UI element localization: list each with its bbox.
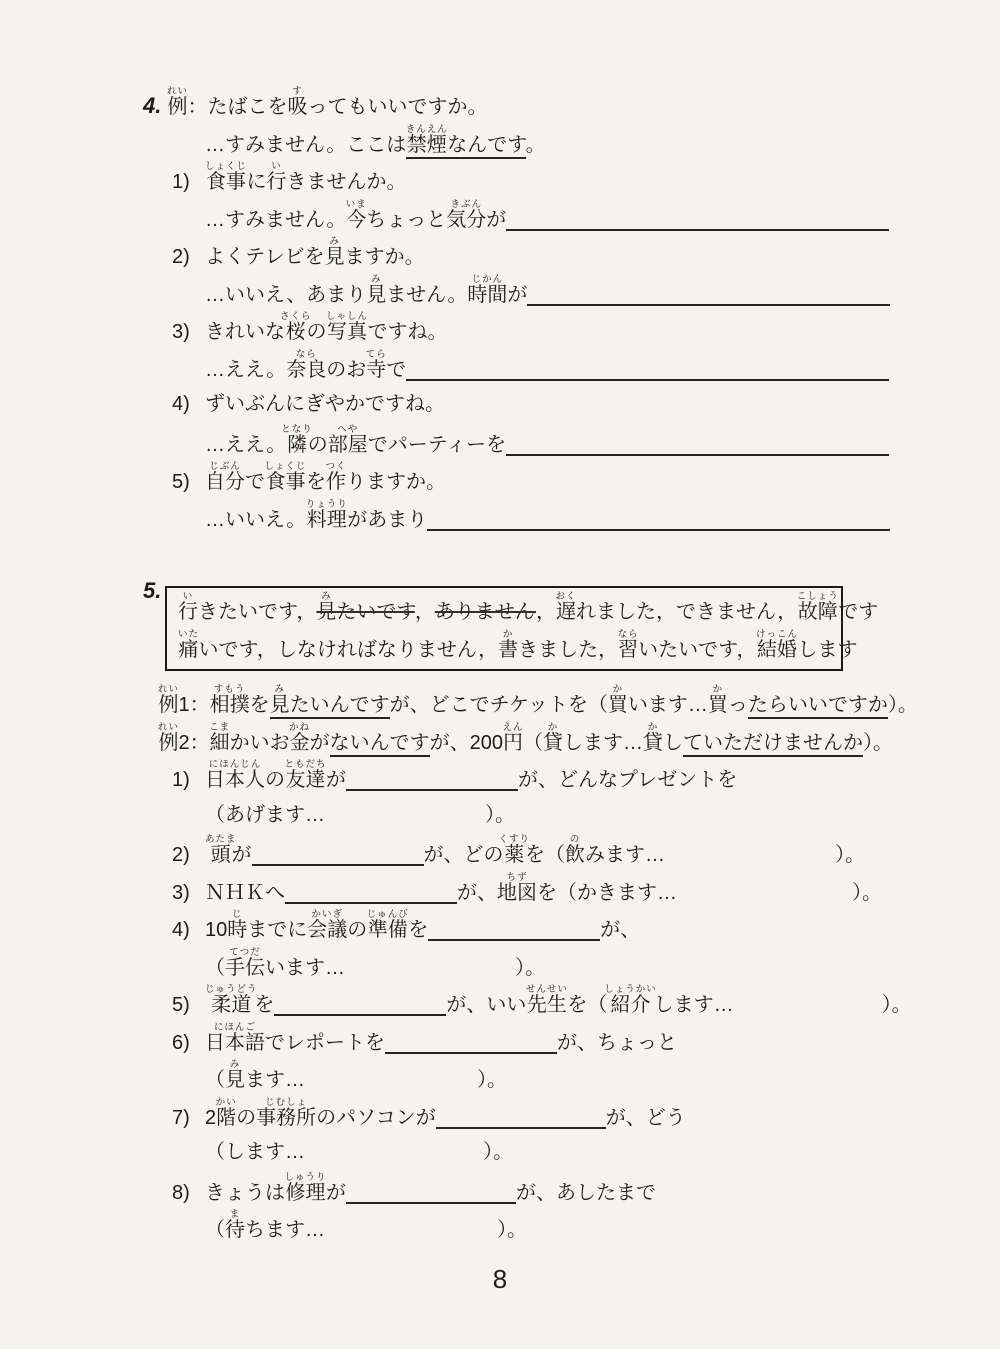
item-number: 5) — [172, 987, 205, 1025]
text-run: います… — [628, 694, 708, 716]
section5-item3: 3)ＮＨＫへが、地図ちずを（かきます…）。 — [172, 872, 1000, 910]
furigana: じゅんび — [367, 909, 409, 920]
ruby-text: 買か — [608, 694, 628, 716]
text-run: ）。 — [485, 804, 515, 826]
furigana: なら — [286, 349, 326, 360]
furigana: か — [543, 722, 563, 733]
text-run: のパソコンが — [316, 1107, 436, 1129]
text-run: きました， — [518, 639, 618, 661]
furigana: い — [267, 161, 287, 172]
section5: 例れい1：相撲すもうを見みたいんですが、どこでチケットを（買かいます…買かったら… — [143, 684, 1000, 1247]
furigana: の — [565, 834, 585, 845]
furigana: しゅうり — [285, 1172, 327, 1183]
furigana: しょくじ — [205, 161, 247, 172]
section4-item5-answer: …いいえ。料理りょうりがあまり — [205, 499, 1000, 537]
text-run: なんです — [447, 134, 525, 159]
blank-answer-line — [427, 527, 890, 531]
ruby-text: 見み — [366, 284, 386, 306]
furigana: えん — [503, 722, 524, 733]
ruby-text: 金かね — [290, 732, 310, 754]
text-run: を（ — [525, 844, 565, 866]
text-run: 2 — [205, 1107, 216, 1129]
text-run: を — [250, 694, 270, 716]
text-run: きょうは — [205, 1182, 285, 1204]
text-run: で — [245, 471, 265, 493]
ruby-text: 時間じかん — [467, 284, 507, 306]
furigana: いま — [346, 199, 367, 210]
page-number: 8 — [0, 1264, 1000, 1295]
text-run: ）。 — [483, 1141, 513, 1163]
section5-item1: 1)日本人にほんじんの友達ともだちがが、どんなプレゼントを — [172, 759, 1000, 797]
furigana: ちず — [497, 872, 537, 883]
ruby-text: 気分きぶん — [446, 209, 486, 231]
section5-item7-cont: （します…）。 — [205, 1134, 1000, 1172]
ruby-text: 習なら — [618, 639, 638, 661]
section4-item3-answer: …ええ。奈良ならのお寺てらで — [205, 349, 1000, 387]
blank-answer-line — [506, 227, 889, 231]
text-run: が、 — [600, 919, 640, 941]
ruby-text: 待ま — [225, 1219, 245, 1241]
section4-example-answer: …すみません。ここは禁煙きんえんなんです。 — [205, 124, 1000, 162]
ruby-text: 見み — [325, 246, 345, 268]
item-number: 6) — [172, 1025, 205, 1063]
furigana: てつだ — [225, 947, 265, 958]
blank-answer-line — [385, 1050, 557, 1054]
furigana: じ — [227, 909, 247, 920]
text-run: ）。 — [835, 844, 865, 866]
furigana: こしょう — [797, 591, 839, 602]
text-run: の — [265, 769, 285, 791]
text-run: ちょっと — [366, 209, 446, 231]
text-run: ずいぶんにぎやかですね。 — [205, 393, 445, 415]
ruby-text: 貸か — [543, 732, 563, 754]
furigana: せんせい — [526, 984, 568, 995]
text-run: （ — [205, 1069, 225, 1091]
furigana: か — [708, 684, 728, 695]
ruby-text: 飲の — [565, 844, 585, 866]
ruby-text: 紹介しょうかい — [607, 994, 653, 1016]
text-run: の — [347, 919, 367, 941]
item-number: 1) — [172, 164, 205, 202]
section5-item2: 2)頭あたまがが、どの薬くすりを（飲のみます…）。 — [172, 834, 1000, 872]
furigana: へや — [328, 424, 368, 435]
text-run: の — [236, 1107, 256, 1129]
answer-space — [305, 1157, 483, 1158]
furigana: ともだち — [285, 759, 327, 770]
blank-answer-line — [285, 900, 457, 904]
section4: 4.例れい：たばこを吸すってもいいですか。…すみません。ここは禁煙きんえんなんで… — [143, 86, 1000, 536]
wordbank-line1: 行いきたいです，見みたいです，ありません，遅おくれました，できません，故障こしょ… — [178, 591, 831, 629]
text-run: が、どこでチケットを（ — [390, 694, 608, 716]
ruby-text: 自分じぶん — [205, 471, 245, 493]
section5-item6-cont: （見みます…）。 — [205, 1059, 1000, 1097]
section5-item8: 8)きょうは修理しゅうりがが、あしたまで — [172, 1172, 1000, 1210]
section5-item6: 6)日本語にほんごでレポートをが、ちょっと — [172, 1022, 1000, 1060]
text-run: が — [486, 209, 506, 231]
furigana: かいぎ — [307, 909, 347, 920]
ruby-text: 行い — [267, 171, 287, 193]
text-run: きれいな — [205, 321, 285, 343]
text-run: します… — [654, 994, 734, 1016]
text-run: でレポートを — [265, 1032, 385, 1054]
furigana: み — [225, 1059, 245, 1070]
ruby-text: 相撲すもう — [210, 694, 250, 716]
text-run: いたいです， — [638, 639, 756, 661]
answer-space — [345, 973, 515, 974]
ruby-text: 例れい — [167, 96, 188, 118]
ruby-text: 円えん — [503, 732, 523, 754]
text-run: ， — [415, 601, 435, 623]
text-run: ）。 — [863, 732, 893, 754]
furigana: つく — [326, 461, 347, 472]
text-run: （ — [523, 732, 543, 754]
text-run: 2： — [179, 732, 210, 754]
furigana: りょうり — [306, 499, 348, 510]
text-run: ： — [188, 96, 208, 118]
furigana: となり — [281, 424, 313, 435]
text-run: で — [386, 359, 406, 381]
text-run: に — [247, 171, 267, 193]
text-run: が — [232, 844, 252, 866]
ruby-text: 細こま — [210, 732, 230, 754]
section4-example-question: 4.例れい：たばこを吸すってもいいですか。 — [143, 86, 1000, 124]
answer-space — [325, 820, 485, 821]
text-run: ありません — [435, 601, 536, 623]
text-run: …いいえ、あまり — [205, 284, 366, 306]
furigana: なら — [618, 629, 639, 640]
furigana: か — [498, 629, 518, 640]
ruby-text: 先生せんせい — [526, 994, 567, 1016]
ruby-text: 吸す — [288, 96, 308, 118]
ruby-text: 作つく — [326, 471, 346, 493]
ruby-text: 食事しょくじ — [205, 171, 247, 193]
scanned-worksheet-page: { "theme": { "ink": "#1e1c1a", "paper": … — [0, 0, 1000, 1349]
text-run: れました，できません， — [576, 601, 797, 623]
blank-answer-line — [274, 1012, 446, 1016]
furigana: れい — [158, 722, 179, 733]
furigana: けっこん — [756, 629, 798, 640]
ruby-text: 準備じゅんび — [367, 919, 408, 941]
text-run: が、200 — [430, 732, 503, 754]
text-run: …すみません。 — [205, 209, 346, 231]
ruby-text: 例れい — [158, 694, 179, 716]
ruby-text: 買か — [708, 694, 728, 716]
text-run: があまり — [347, 509, 427, 531]
text-run: …ええ。 — [205, 359, 286, 381]
ruby-text: 遅おく — [556, 601, 576, 623]
text-run: ないんです — [330, 732, 430, 757]
ruby-text: 例れい — [158, 732, 179, 754]
text-run: きたいです， — [198, 601, 316, 623]
text-run: が — [326, 769, 346, 791]
text-run: （あげます… — [205, 804, 325, 826]
worksheet-body: 4.例れい：たばこを吸すってもいいですか。…すみません。ここは禁煙きんえんなんで… — [0, 0, 1000, 1247]
section4-item2-question: 2)よくテレビを見みますか。 — [172, 236, 1000, 274]
item-number: 2) — [172, 239, 205, 277]
text-run: です — [838, 601, 878, 623]
furigana: み — [325, 236, 345, 247]
text-run: たらいいですか — [748, 694, 888, 719]
text-run: いです，しなければなりません， — [199, 639, 499, 661]
furigana: み — [366, 274, 386, 285]
text-run: が — [326, 1182, 346, 1204]
furigana: あたま — [205, 834, 237, 845]
text-run: 10 — [205, 919, 227, 941]
furigana: かい — [216, 1097, 237, 1108]
furigana: にほんご — [205, 1022, 265, 1033]
text-run: ってもいいですか。 — [308, 96, 488, 118]
text-run: ， — [536, 601, 556, 623]
text-run: ます… — [245, 1069, 305, 1091]
furigana: じぶん — [205, 461, 245, 472]
text-run: が、どんなプレゼントを — [518, 769, 737, 791]
text-run: を — [306, 471, 326, 493]
furigana: しゃしん — [326, 311, 368, 322]
text-run: が、いい — [446, 994, 526, 1016]
item-number: 3) — [172, 875, 205, 913]
section5-item5: 5)柔道じゅうどうをが、いい先生せんせいを（紹介しょうかいします…）。 — [172, 984, 1000, 1022]
furigana: れい — [158, 684, 179, 695]
answer-space — [677, 898, 852, 899]
section5-example2: 例れい2：細こまかいお金かねがないんですが、200円えん（貸かします…貸かしてい… — [158, 722, 1000, 760]
text-run: します — [798, 639, 858, 661]
furigana: おく — [556, 591, 577, 602]
text-run: が、 — [457, 882, 497, 904]
text-run: ）。 — [515, 957, 545, 979]
answer-space — [305, 1085, 477, 1086]
ruby-text: 手伝てつだ — [225, 957, 265, 979]
section5-example1: 例れい1：相撲すもうを見みたいんですが、どこでチケットを（買かいます…買かったら… — [158, 684, 1000, 722]
ruby-text: 行い — [178, 601, 198, 623]
section4-item1-question: 1)食事しょくじに行いきませんか。 — [172, 161, 1000, 199]
ruby-text: 部屋へや — [328, 434, 368, 456]
text-run: ちます… — [245, 1219, 325, 1241]
item-number: 3) — [172, 314, 205, 352]
text-run: を（かきます… — [537, 882, 677, 904]
item-number: 4) — [172, 386, 205, 424]
ruby-text: 食事しょくじ — [265, 471, 306, 493]
section5-item7: 7)2階かいの事務所じむしょのパソコンがが、どう — [172, 1097, 1000, 1135]
text-run: ていただけませんか — [683, 732, 863, 757]
ruby-text: 会議かいぎ — [307, 919, 347, 941]
furigana: じむしょ — [256, 1097, 316, 1108]
text-run: ）。 — [882, 994, 912, 1016]
text-run: が、ちょっと — [557, 1032, 677, 1054]
item-number: 2) — [172, 837, 205, 875]
ruby-text: 日本語にほんご — [205, 1032, 265, 1054]
text-run: きませんか。 — [287, 171, 407, 193]
furigana: しょうかい — [604, 984, 657, 995]
ruby-text: 故障こしょう — [797, 601, 838, 623]
section4-item5-question: 5)自分じぶんで食事しょくじを作つくりますか。 — [172, 461, 1000, 499]
item-number: 8) — [172, 1175, 205, 1213]
text-run: …いいえ。 — [205, 509, 306, 531]
section4-item4-question: 4)ずいぶんにぎやかですね。 — [172, 386, 1000, 424]
item-number: 5) — [172, 464, 205, 502]
section5-header: 5. 行いきたいです，見みたいです，ありません，遅おくれました，できません，故障… — [143, 586, 1000, 671]
furigana: い — [178, 591, 198, 602]
item-number: 1) — [172, 762, 205, 800]
furigana: きぶん — [446, 199, 486, 210]
text-run: が、どう — [606, 1107, 686, 1129]
furigana: か — [643, 722, 663, 733]
blank-answer-line — [527, 302, 890, 306]
section4-item2-answer: …いいえ、あまり見みません。時間じかんが — [205, 274, 1000, 312]
ruby-text: 見み — [316, 601, 336, 623]
text-run: っ — [728, 694, 748, 716]
ruby-text: 修理しゅうり — [285, 1182, 326, 1204]
blank-answer-line — [436, 1125, 606, 1129]
text-run: よくテレビを — [205, 246, 325, 268]
text-run: が — [507, 284, 527, 306]
furigana: じかん — [467, 274, 507, 285]
furigana: じゅうどう — [205, 984, 258, 995]
text-run: が — [310, 732, 330, 754]
ruby-text: 頭あたま — [205, 844, 232, 866]
text-run: ）。 — [497, 1219, 527, 1241]
furigana: しょくじ — [265, 461, 307, 472]
section4-item3-question: 3)きれいな桜さくらの写真しゃしんですね。 — [172, 311, 1000, 349]
ruby-text: 日本人にほんじん — [205, 769, 265, 791]
text-run: （します… — [205, 1141, 305, 1163]
text-run: ）。 — [888, 694, 918, 716]
answer-space — [665, 860, 835, 861]
blank-answer-line — [506, 452, 889, 456]
ruby-text: 薬くすり — [504, 844, 526, 866]
ruby-text: 料理りょうり — [306, 509, 347, 531]
furigana: れい — [167, 86, 188, 97]
ruby-text: 地図ちず — [497, 882, 537, 904]
ruby-text: 今いま — [346, 209, 366, 231]
text-run: を（ — [567, 994, 607, 1016]
furigana: きんえん — [406, 124, 448, 135]
furigana: み — [270, 684, 290, 695]
text-run: （ — [205, 957, 225, 979]
ruby-text: 貸か — [643, 732, 663, 754]
section-number: 4. — [143, 87, 167, 125]
ruby-text: 柔道じゅうどう — [205, 994, 254, 1016]
blank-answer-line — [428, 937, 600, 941]
furigana: す — [288, 86, 308, 97]
ruby-text: 階かい — [216, 1107, 236, 1129]
text-run: ＮＨＫへ — [205, 882, 285, 904]
ruby-text: 時じ — [227, 919, 247, 941]
ruby-text: 奈良なら — [286, 359, 326, 381]
text-run: し — [663, 732, 683, 754]
text-run: を — [254, 994, 274, 1016]
text-run: が、どの — [424, 844, 504, 866]
answer-space — [325, 1235, 497, 1236]
furigana: さくら — [280, 311, 312, 322]
text-run: ますか。 — [345, 246, 425, 268]
ruby-text: 寺てら — [366, 359, 386, 381]
text-run: ですね。 — [368, 321, 448, 343]
text-run: の — [307, 321, 327, 343]
ruby-text: 写真しゃしん — [327, 321, 368, 343]
ruby-text: 友達ともだち — [285, 769, 326, 791]
text-run: までに — [247, 919, 307, 941]
section5-number: 5. — [143, 578, 165, 604]
ruby-text: 隣となり — [286, 434, 308, 456]
text-run: 。 — [526, 134, 546, 156]
text-run: を — [408, 919, 428, 941]
blank-answer-line — [406, 377, 889, 381]
section4-item4-answer: …ええ。隣となりの部屋へやでパーティーを — [205, 424, 1000, 462]
text-run: かいお — [230, 732, 290, 754]
furigana: か — [608, 684, 628, 695]
text-run: でパーティーを — [368, 434, 506, 456]
text-run: の — [308, 434, 328, 456]
item-number: 7) — [172, 1100, 205, 1138]
ruby-text: 見み — [225, 1069, 245, 1091]
text-run: ）。 — [852, 882, 882, 904]
furigana: いた — [178, 629, 199, 640]
furigana: み — [316, 591, 336, 602]
section4-item1-answer: …すみません。今いまちょっと気分きぶんが — [205, 199, 1000, 237]
text-run: みます… — [585, 844, 665, 866]
blank-answer-line — [252, 862, 424, 866]
text-run: （ — [205, 1219, 225, 1241]
text-run: ません。 — [386, 284, 467, 306]
section5-item4: 4)10時じまでに会議かいぎの準備じゅんびをが、 — [172, 909, 1000, 947]
ruby-text: 結婚けっこん — [757, 639, 798, 661]
text-run: …ええ。 — [205, 434, 286, 456]
text-run: します… — [563, 732, 643, 754]
ruby-text: 見み — [270, 694, 290, 719]
text-run: たばこを — [208, 96, 288, 118]
furigana: こま — [209, 722, 230, 733]
blank-answer-line — [346, 1200, 516, 1204]
text-run: います… — [265, 957, 345, 979]
furigana: かね — [289, 722, 310, 733]
blank-answer-line — [346, 787, 518, 791]
text-run: 1： — [179, 694, 210, 716]
furigana: にほんじん — [205, 759, 265, 770]
ruby-text: 痛いた — [178, 639, 199, 661]
section5-item4-cont: （手伝てつだいます…）。 — [205, 947, 1000, 985]
furigana: すもう — [210, 684, 250, 695]
word-bank-box: 行いきたいです，見みたいです，ありません，遅おくれました，できません，故障こしょ… — [165, 586, 843, 671]
furigana: てら — [366, 349, 387, 360]
answer-space — [734, 1010, 882, 1011]
text-run: たいです — [336, 601, 414, 623]
text-run: りますか。 — [346, 471, 446, 493]
text-run: …すみません。ここは — [205, 134, 406, 156]
section5-item8-cont: （待まちます…）。 — [205, 1209, 1000, 1247]
section5-item1-cont: （あげます…）。 — [205, 797, 1000, 835]
text-run: が、あしたまで — [516, 1182, 656, 1204]
furigana: くすり — [499, 834, 531, 845]
text-run: ）。 — [477, 1069, 507, 1091]
furigana: ま — [225, 1209, 245, 1220]
wordbank-line2: 痛いたいです，しなければなりません，書かきました，習ならいたいです，結婚けっこん… — [178, 629, 831, 667]
ruby-text: 禁煙きんえん — [406, 134, 447, 159]
ruby-text: 事務所じむしょ — [256, 1107, 316, 1129]
text-run: たいんです — [290, 694, 390, 719]
ruby-text: 桜さくら — [285, 321, 307, 343]
ruby-text: 書か — [498, 639, 518, 661]
item-number: 4) — [172, 912, 205, 950]
text-run: のお — [326, 359, 366, 381]
